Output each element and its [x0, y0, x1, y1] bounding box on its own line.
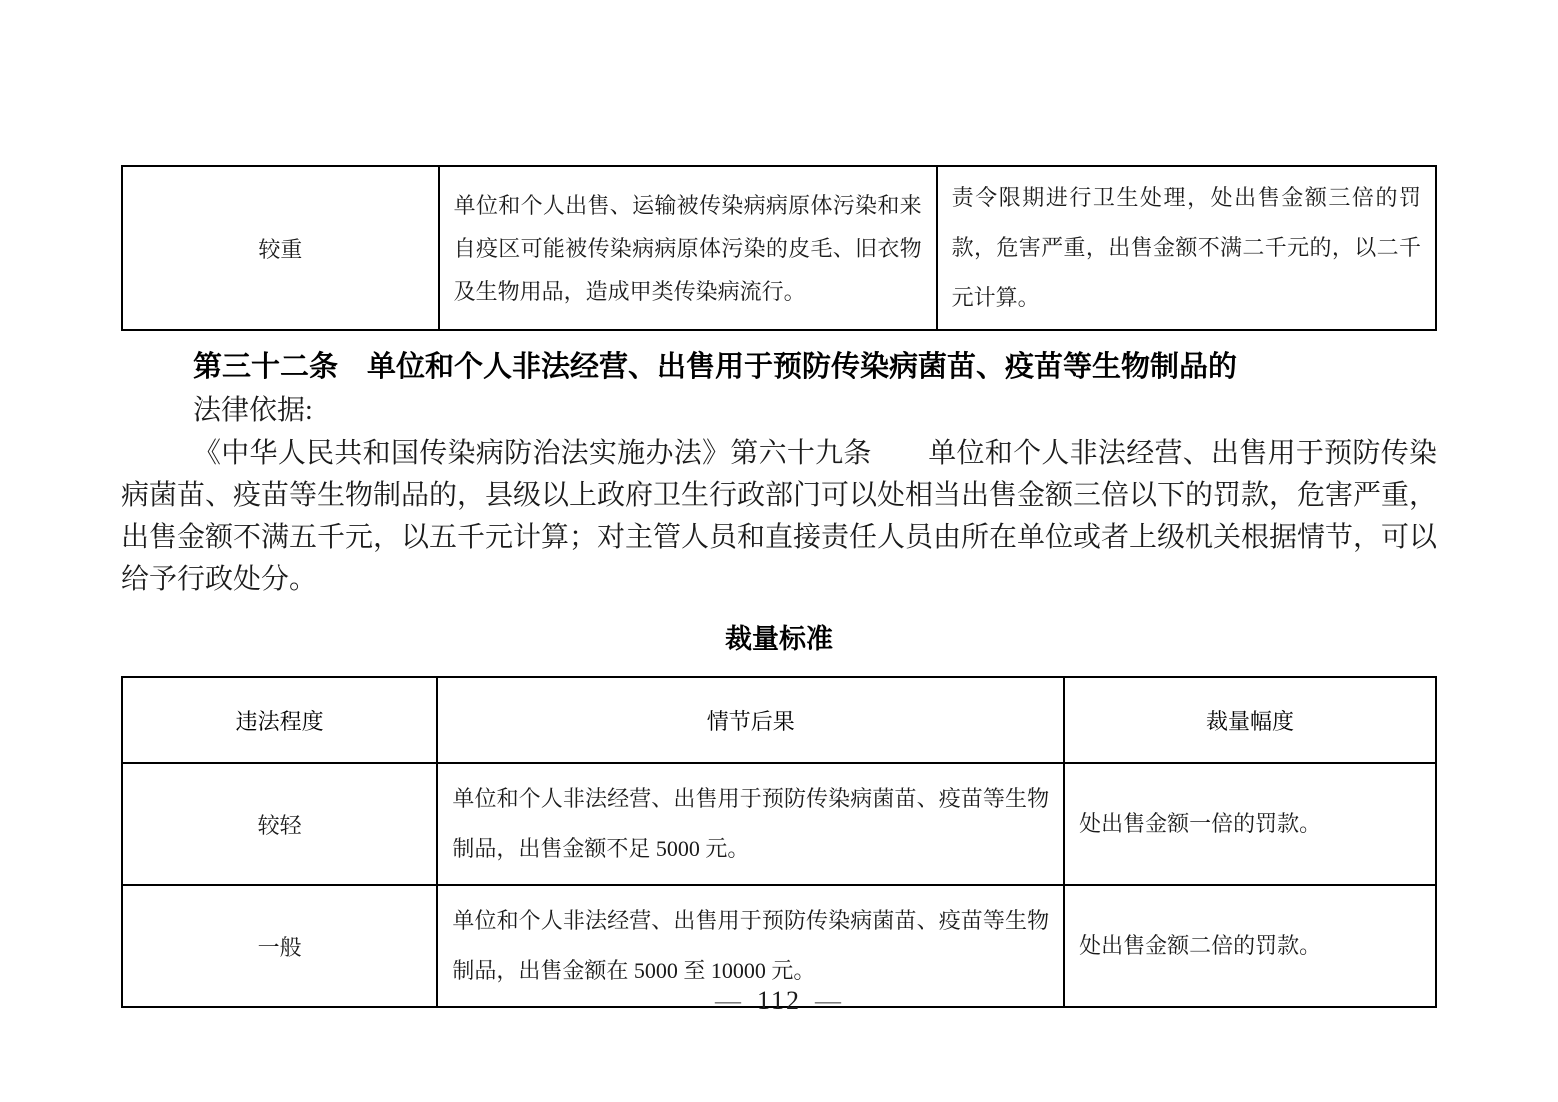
standard-table-header-row: 违法程度 情节后果 裁量幅度 — [122, 677, 1436, 763]
footer-dash-left: — — [701, 986, 757, 1015]
article-heading: 第三十二条 单位和个人非法经营、出售用于预防传染病菌苗、疫苗等生物制品的 — [121, 345, 1437, 389]
legal-basis-text: 《中华人民共和国传染病防治法实施办法》第六十九条 单位和个人非法经营、出售用于预… — [121, 433, 1437, 601]
standard-title: 裁量标准 — [121, 617, 1437, 656]
upper-table-row: 较重 单位和个人出售、运输被传染病病原体污染和来自疫区可能被传染病病原体污染的皮… — [122, 166, 1436, 330]
discretion-cell: 责令限期进行卫生处理，处出售金额三倍的罚款，危害严重，出售金额不满二千元的，以二… — [937, 166, 1436, 330]
standard-table: 违法程度 情节后果 裁量幅度 较轻 单位和个人非法经营、出售用于预防传染病菌苗、… — [121, 676, 1437, 1008]
severity-level-cell: 较重 — [122, 166, 439, 330]
severity-level-cell: 较轻 — [122, 763, 437, 885]
page-footer: —112— — [0, 986, 1558, 1016]
header-circumstance: 情节后果 — [437, 677, 1064, 763]
page-number: 112 — [757, 986, 801, 1015]
circumstance-cell: 单位和个人非法经营、出售用于预防传染病菌苗、疫苗等生物制品，出售金额不足 500… — [437, 763, 1064, 885]
table-row-minor: 较轻 单位和个人非法经营、出售用于预防传染病菌苗、疫苗等生物制品，出售金额不足 … — [122, 763, 1436, 885]
upper-table: 较重 单位和个人出售、运输被传染病病原体污染和来自疫区可能被传染病病原体污染的皮… — [121, 165, 1437, 331]
discretion-cell: 处出售金额一倍的罚款。 — [1064, 763, 1436, 885]
legal-basis-label: 法律依据: — [121, 389, 1437, 433]
circumstance-cell: 单位和个人出售、运输被传染病病原体污染和来自疫区可能被传染病病原体污染的皮毛、旧… — [439, 166, 937, 330]
header-violation-degree: 违法程度 — [122, 677, 437, 763]
document-page: 较重 单位和个人出售、运输被传染病病原体污染和来自疫区可能被传染病病原体污染的皮… — [121, 165, 1437, 1008]
footer-dash-right: — — [801, 986, 857, 1015]
header-discretion-range: 裁量幅度 — [1064, 677, 1436, 763]
